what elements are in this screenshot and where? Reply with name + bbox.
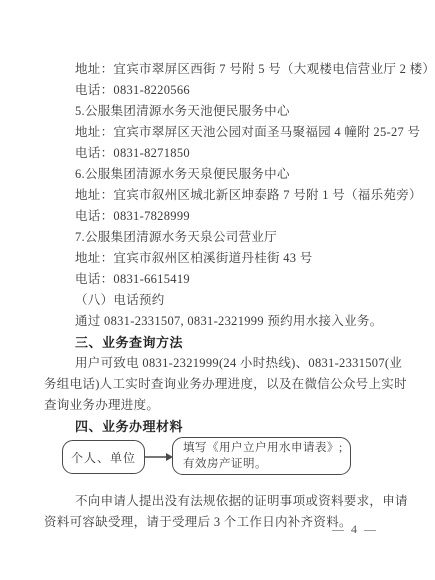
service-center-name: 7.公服集团清源水务天泉公司营业厅 (44, 227, 391, 248)
flowchart-materials-line1: 填写《用户立户用水申请表》; (183, 441, 342, 457)
flowchart-materials-line2: 有效房产证明。 (183, 457, 342, 473)
section-heading-materials: 四、业务办理材料 (44, 416, 391, 437)
service-center-address: 地址：宜宾市叙州区城北新区坤泰路 7 号附 1 号（福乐苑旁） (44, 185, 391, 206)
section-heading-query-methods: 三、业务查询方法 (44, 332, 391, 353)
phone-reservation-heading: （八）电话预约 (44, 290, 391, 311)
query-body-line: 查询业务办理进度。 (44, 395, 391, 416)
query-body-line: 务组电话)人工实时查询业务办理进度，以及在微信公众号上实时 (44, 374, 391, 395)
service-center-address: 地址：宜宾市翠屏区天池公园对面圣马聚福园 4 幢附 25-27 号 (44, 122, 391, 143)
document-body: 地址：宜宾市翠屏区西街 7 号附 5 号（大观楼电信营业厅 2 楼） 电话：08… (44, 59, 391, 533)
flowchart-materials-box: 填写《用户立户用水申请表》; 有效房产证明。 (172, 437, 351, 475)
materials-flowchart: 个人、单位 填写《用户立户用水申请表》; 有效房产证明。 (44, 437, 391, 475)
service-center-phone: 电话：0831-7828999 (44, 206, 391, 227)
service-center-phone: 电话：0831-8271850 (44, 143, 391, 164)
flow-arrow-icon (145, 451, 173, 463)
page-number: — 4 — (332, 522, 378, 537)
service-center-address: 地址：宜宾市叙州区柏溪街道丹桂街 43 号 (44, 248, 391, 269)
phone-reservation-body: 通过 0831-2331507, 0831-2321999 预约用水接入业务。 (44, 311, 391, 332)
flowchart-applicant-label: 个人、单位 (71, 449, 136, 466)
service-center-phone: 电话：0831-8220566 (44, 80, 391, 101)
document-page: 地址：宜宾市翠屏区西街 7 号附 5 号（大观楼电信营业厅 2 楼） 电话：08… (0, 0, 435, 580)
query-body-line: 用户可致电 0831-2321999(24 小时热线)、0831-2331507… (44, 353, 391, 374)
service-center-name: 5.公服集团清源水务天池便民服务中心 (44, 101, 391, 122)
service-center-phone: 电话：0831-6615419 (44, 269, 391, 290)
note-line: 不向申请人提出没有法规依据的证明事项或资料要求，申请 (44, 491, 391, 512)
service-center-name: 6.公服集团清源水务天泉便民服务中心 (44, 164, 391, 185)
service-center-address: 地址：宜宾市翠屏区西街 7 号附 5 号（大观楼电信营业厅 2 楼） (44, 59, 391, 80)
flowchart-applicant-box: 个人、单位 (62, 440, 145, 474)
